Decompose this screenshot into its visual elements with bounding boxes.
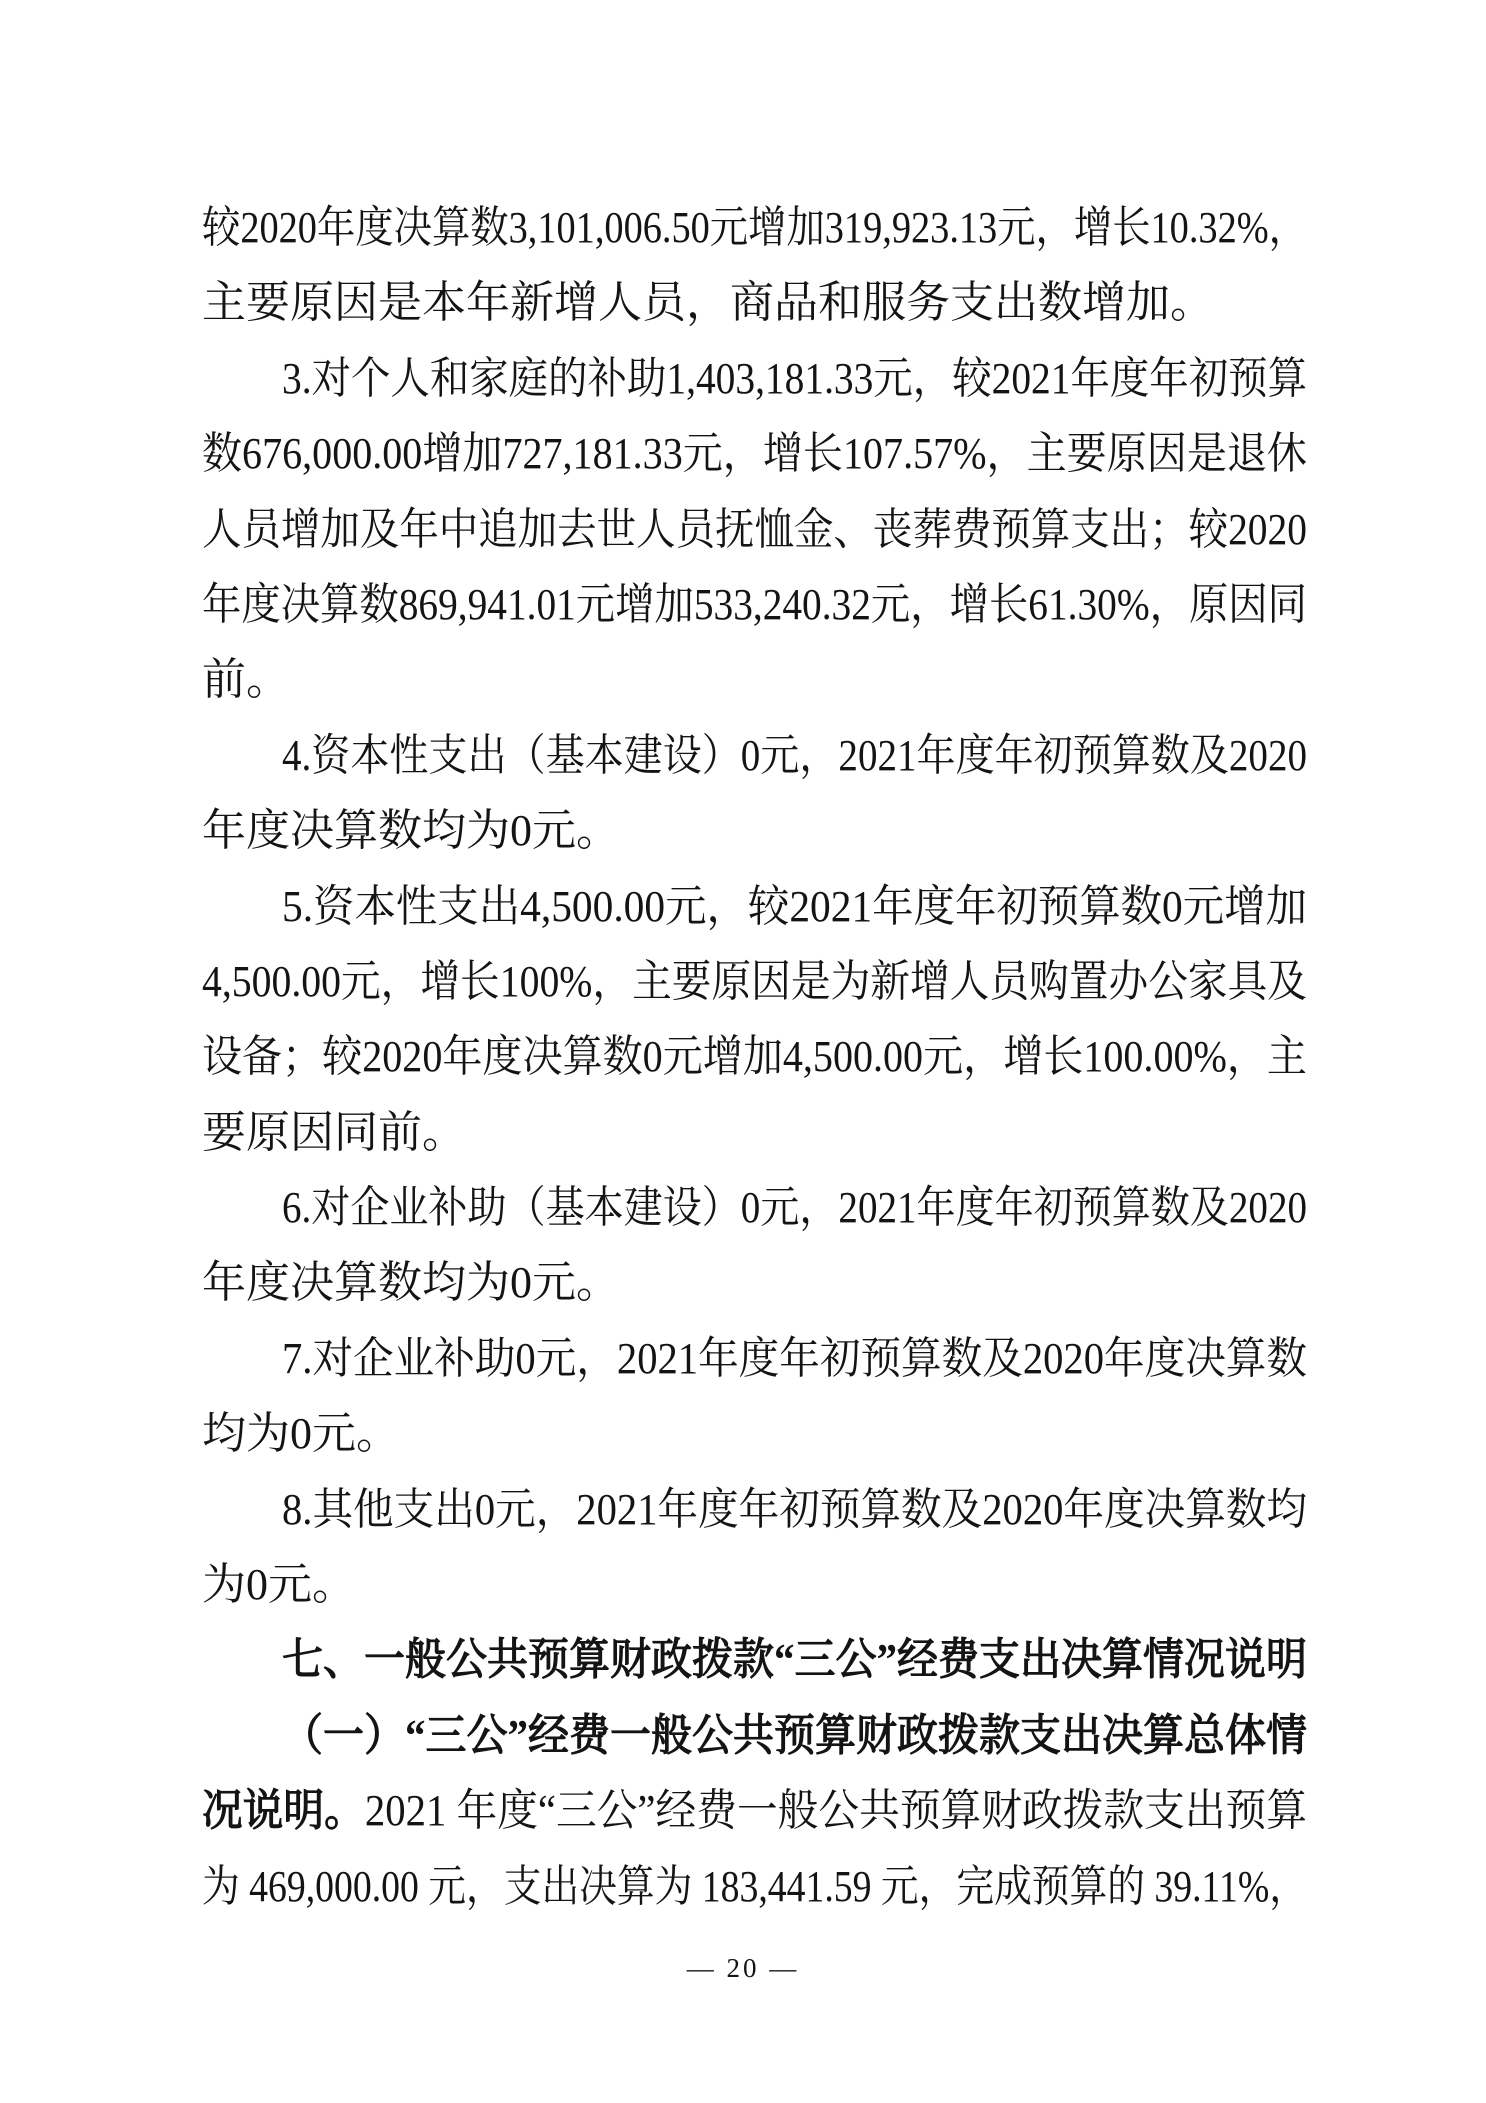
text-line: 6.对企业补助（基本建设）0元，2021年度年初预算数及2020 (202, 1170, 1307, 1245)
text-run: 人员增加及年中追加去世人员抚恤金、丧葬费预算支出；较2020 (202, 505, 1307, 554)
text-run: 为 469,000.00 元，支出决算为 183,441.59 元，完成预算的 … (202, 1862, 1307, 1911)
text-run: 4,500.00元，增长100%，主要原因是为新增人员购置办公家具及 (202, 957, 1307, 1006)
text-line-content: 年度决算数均为0元。 (202, 793, 620, 868)
text-line: 况说明。2021 年度“三公”经费一般公共预算财政拨款支出预算 (202, 1773, 1307, 1848)
text-line-content: 8.其他支出0元，2021年度年初预算数及2020年度决算数均 (282, 1472, 1307, 1547)
text-line-content: 设备；较2020年度决算数0元增加4,500.00元，增长100.00%，主 (202, 1019, 1307, 1094)
page-number: — 20 — (687, 1953, 800, 1983)
text-line: 年度决算数均为0元。 (202, 793, 1307, 868)
text-line: 为 469,000.00 元，支出决算为 183,441.59 元，完成预算的 … (202, 1849, 1307, 1924)
document-page: 较2020年度决算数3,101,006.50元增加319,923.13元，增长1… (0, 0, 1486, 2103)
text-line: 年度决算数869,941.01元增加533,240.32元，增长61.30%，原… (202, 567, 1307, 642)
text-line-content: 况说明。2021 年度“三公”经费一般公共预算财政拨款支出预算 (202, 1773, 1307, 1848)
text-line-content: 5.资本性支出4,500.00元，较2021年度年初预算数0元增加 (282, 869, 1307, 944)
text-line: 设备；较2020年度决算数0元增加4,500.00元，增长100.00%，主 (202, 1019, 1307, 1094)
text-line-content: 年度决算数均为0元。 (202, 1245, 620, 1320)
text-run: 年度决算数均为0元。 (202, 1258, 620, 1307)
text-line-content: 3.对个人和家庭的补助1,403,181.33元，较2021年度年初预算 (282, 341, 1307, 416)
text-line-content: 为0元。 (202, 1547, 356, 1622)
text-run: 前。 (202, 655, 290, 704)
text-line: 8.其他支出0元，2021年度年初预算数及2020年度决算数均 (202, 1472, 1307, 1547)
text-run: 数676,000.00增加727,181.33元，增长107.57%，主要原因是… (202, 429, 1307, 478)
bold-text-run: （一）“三公”经费一般公共预算财政拨款支出决算总体情 (282, 1711, 1307, 1760)
text-run: 3.对个人和家庭的补助1,403,181.33元，较2021年度年初预算 (282, 354, 1307, 403)
text-line-content: 要原因同前。 (202, 1095, 466, 1170)
text-line-content: 主要原因是本年新增人员，商品和服务支出数增加。 (202, 265, 1214, 340)
text-line-content: 年度决算数869,941.01元增加533,240.32元，增长61.30%，原… (202, 567, 1307, 642)
text-run: 2021 年度“三公”经费一般公共预算财政拨款支出预算 (365, 1786, 1307, 1835)
text-line: 年度决算数均为0元。 (202, 1245, 1307, 1320)
text-line: 前。 (202, 642, 1307, 717)
text-line-content: 较2020年度决算数3,101,006.50元增加319,923.13元，增长1… (202, 190, 1307, 265)
text-run: 要原因同前。 (202, 1108, 466, 1157)
text-line: （一）“三公”经费一般公共预算财政拨款支出决算总体情 (202, 1698, 1307, 1773)
document-body: 较2020年度决算数3,101,006.50元增加319,923.13元，增长1… (202, 190, 1307, 1924)
text-line-content: 7.对企业补助0元，2021年度年初预算数及2020年度决算数 (282, 1321, 1307, 1396)
text-line-content: 前。 (202, 642, 290, 717)
text-line: 主要原因是本年新增人员，商品和服务支出数增加。 (202, 265, 1307, 340)
text-line-content: 6.对企业补助（基本建设）0元，2021年度年初预算数及2020 (282, 1170, 1307, 1245)
text-line-content: 为 469,000.00 元，支出决算为 183,441.59 元，完成预算的 … (202, 1849, 1307, 1924)
text-line-content: 4,500.00元，增长100%，主要原因是为新增人员购置办公家具及 (202, 944, 1307, 1019)
text-line-content: 七、一般公共预算财政拨款“三公”经费支出决算情况说明 (282, 1622, 1307, 1697)
text-line: 数676,000.00增加727,181.33元，增长107.57%，主要原因是… (202, 416, 1307, 491)
bold-text-run: 况说明。 (202, 1786, 365, 1835)
text-line-content: 人员增加及年中追加去世人员抚恤金、丧葬费预算支出；较2020 (202, 492, 1307, 567)
text-line: 为0元。 (202, 1547, 1307, 1622)
text-run: 年度决算数均为0元。 (202, 806, 620, 855)
text-run: 年度决算数869,941.01元增加533,240.32元，增长61.30%，原… (202, 580, 1307, 629)
text-line: 4,500.00元，增长100%，主要原因是为新增人员购置办公家具及 (202, 944, 1307, 1019)
text-run: 4.资本性支出（基本建设）0元，2021年度年初预算数及2020 (282, 731, 1307, 780)
text-line-content: 均为0元。 (202, 1396, 400, 1471)
text-line: 人员增加及年中追加去世人员抚恤金、丧葬费预算支出；较2020 (202, 492, 1307, 567)
text-run: 均为0元。 (202, 1409, 400, 1458)
text-line: 七、一般公共预算财政拨款“三公”经费支出决算情况说明 (202, 1622, 1307, 1697)
text-line-content: （一）“三公”经费一般公共预算财政拨款支出决算总体情 (282, 1698, 1307, 1773)
text-run: 8.其他支出0元，2021年度年初预算数及2020年度决算数均 (282, 1485, 1307, 1534)
text-line: 均为0元。 (202, 1396, 1307, 1471)
text-line-content: 数676,000.00增加727,181.33元，增长107.57%，主要原因是… (202, 416, 1307, 491)
text-run: 主要原因是本年新增人员，商品和服务支出数增加。 (202, 278, 1214, 327)
page-footer: — 20 — (0, 1953, 1486, 1984)
text-line: 要原因同前。 (202, 1095, 1307, 1170)
text-line: 较2020年度决算数3,101,006.50元增加319,923.13元，增长1… (202, 190, 1307, 265)
text-line: 5.资本性支出4,500.00元，较2021年度年初预算数0元增加 (202, 869, 1307, 944)
text-run: 较2020年度决算数3,101,006.50元增加319,923.13元，增长1… (202, 203, 1307, 252)
text-line: 7.对企业补助0元，2021年度年初预算数及2020年度决算数 (202, 1321, 1307, 1396)
text-line: 3.对个人和家庭的补助1,403,181.33元，较2021年度年初预算 (202, 341, 1307, 416)
text-line-content: 4.资本性支出（基本建设）0元，2021年度年初预算数及2020 (282, 718, 1307, 793)
text-run: 6.对企业补助（基本建设）0元，2021年度年初预算数及2020 (282, 1183, 1307, 1232)
bold-text-run: 七、一般公共预算财政拨款“三公”经费支出决算情况说明 (282, 1635, 1307, 1684)
text-run: 为0元。 (202, 1560, 356, 1609)
text-run: 7.对企业补助0元，2021年度年初预算数及2020年度决算数 (282, 1334, 1307, 1383)
text-run: 设备；较2020年度决算数0元增加4,500.00元，增长100.00%，主 (202, 1032, 1307, 1081)
text-run: 5.资本性支出4,500.00元，较2021年度年初预算数0元增加 (282, 882, 1307, 931)
text-line: 4.资本性支出（基本建设）0元，2021年度年初预算数及2020 (202, 718, 1307, 793)
